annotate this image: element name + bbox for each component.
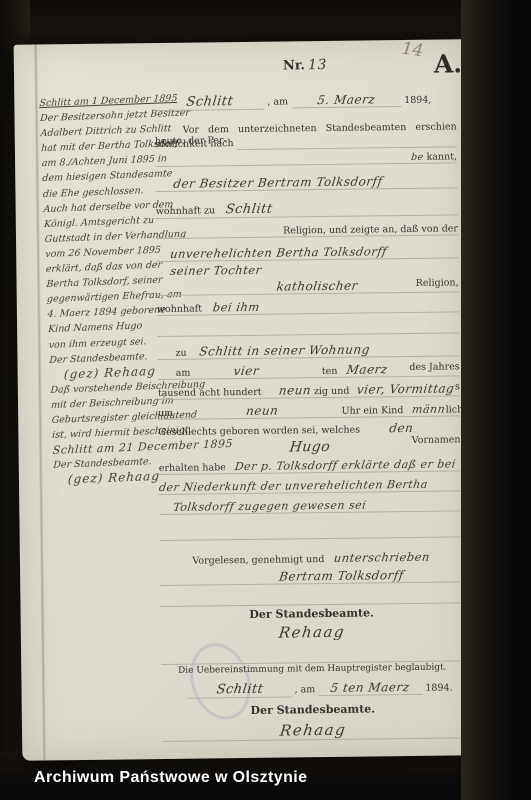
registrar-title-line-2: Der Standesbeamte. [162,701,464,718]
blank-rule-line-2 [160,525,462,541]
mother-handwritten-2: seiner Tochter [156,263,263,278]
hour-handwritten: neun [175,404,279,419]
registrar-signature-2: Rehaag [279,721,348,740]
registrar-signature-line-1: Rehaag [161,621,463,643]
blank-rule-line [157,321,459,337]
birth-hour-line: um neun Uhr ein Kind männlichen [158,401,460,420]
vorgelesen-text: Vorgelesen, genehmigt und [192,554,324,567]
birthplace-line: zu Schlitt in seiner Wohnung [157,341,459,360]
declaration-line-2: der Niederkunft der unverehelichten Bert… [159,477,461,495]
decade-handwritten: neun [264,383,312,398]
registrar-signature-line-2: Rehaag [162,719,464,742]
archive-watermark: Archiwum Państwowe w Olsztynie [34,769,307,787]
mother-handwritten-1: unverehelichten Bertha Tolksdorff [155,244,387,261]
certification-date-line: Schlitt , am 5 ten Maerz 1894. [161,679,463,699]
birth-day-line: am vier ten Maerz des Jahres [158,361,460,380]
des-jahres-label: des Jahres [409,361,459,373]
religion-handwritten: katholischer [156,279,359,295]
residence-line: wohnhaft zu Schlitt [156,199,458,219]
mother-residence-line: wohnhaft bei ihm [157,297,459,316]
wohnhaft-label: wohnhaft [157,304,202,316]
certification-place-handwritten: Schlitt [215,682,264,698]
unit-handwritten: vier, Vormittag [352,381,455,396]
nr-label: Nr. [283,58,305,73]
zig-und-label: zig und [314,386,350,397]
date-handwritten: 5. Maerz [316,92,376,107]
registrar-title-2: Der Standesbeamte. [250,702,375,717]
certification-line: Die Uebereinstimmung mit dem Hauptregist… [161,661,463,676]
uhr-ein-kind-label: Uhr ein Kind [282,405,404,417]
unterschrieben-handwritten: unterschrieben [327,550,431,565]
child-name-line: Hugo [158,437,460,457]
registrar-title-1: Der Standesbeamte. [249,606,374,621]
geschlechts-text: Geschlechts geboren worden sei, welches [158,425,360,438]
month-handwritten: Maerz [340,362,389,377]
record-number-line: Nr. 13 [154,55,456,75]
declaration-line-3: Tolksdorff zugegen gewesen sei [159,497,461,515]
declarant-signature: Bertram Tolksdorff [218,568,404,584]
vorgelesen-line: Vorgelesen, genehmigt und unterschrieben [160,549,462,567]
intro-line-2: sönlichkeit nach [155,135,457,151]
declarant-signature-line: Bertram Tolksdorff [160,567,462,586]
um-label: um [158,408,173,419]
nr-value: 13 [308,57,327,73]
known-line: be kannt, [155,151,457,167]
mother-line-1: unverehelichten Bertha Tolksdorff [156,243,458,262]
place-date-line: Schlitt , am 5. Maerz 1894, [154,91,456,111]
certification-year: 1894. [425,682,452,693]
registrar-signature-1: Rehaag [278,623,347,642]
mother-residence-handwritten: bei ihm [204,300,261,315]
am-label-2: am [158,368,191,379]
scanned-register-page: Schlitt am 1 December 1895 Der Besitzers… [0,0,531,800]
wohnhaft-zu-label: wohnhaft zu [156,205,215,217]
declaration-handwritten-3: Tolksdorff zugegen gewesen sei [158,499,367,515]
intro-text-2: sönlichkeit nach [155,138,234,150]
certification-am-label: , am [295,684,316,695]
am-label: , am [267,96,288,107]
document-page: Schlitt am 1 December 1895 Der Besitzers… [14,39,475,760]
book-binding-right [461,0,531,800]
religion-intro-line: Religion, und zeigte an, daß von der [156,223,458,239]
religion-intro-text: Religion, und zeigte an, daß von der [283,223,458,236]
gender-handwritten: männ [406,403,447,416]
residence-handwritten: Schlitt [217,202,274,218]
religion-label: Religion, [416,277,459,289]
den-handwritten: den [362,421,414,436]
year-printed: 1894, [404,95,431,106]
religion-line: katholischer Religion, [157,277,459,296]
registrar-title-line-1: Der Standesbeamte. [161,605,463,622]
known-printed: kannt, [426,151,457,162]
birthplace-handwritten: Schlitt in seiner Wohnung [189,342,371,358]
known-handwritten: be [410,152,424,163]
zu-label: zu [157,348,186,359]
declaration-line-1: erhalten habe Der p. Tolksdorff erklärte… [159,457,461,475]
child-name-handwritten: Hugo [288,439,331,456]
declarant-handwritten: der Besitzer Bertram Tolksdorff [154,174,383,191]
certification-date-handwritten: 5 ten Maerz [330,680,411,695]
ten-label: ten [262,366,338,378]
tausend-label: tausend acht hundert [158,387,262,399]
declaration-handwritten-1: Der p. Tolksdorff erklärte daß er bei [228,457,457,473]
birth-year-line: tausend acht hundert neun zig und vier, … [158,381,460,400]
declarant-line: der Besitzer Bertram Tolksdorff [155,173,457,192]
s-suffix: s [455,381,460,392]
mother-line-2: seiner Tochter [156,260,458,278]
declaration-handwritten-2: der Niederkunft der unverehelichten Bert… [158,478,429,494]
day-handwritten: vier [192,364,259,379]
erhalten-habe-label: erhalten habe [159,462,226,474]
place-handwritten: Schlitt [185,94,234,110]
certification-text: Die Uebereinstimmung mit dem Hauptregist… [178,663,447,676]
blank-rule-line-3 [160,591,462,607]
